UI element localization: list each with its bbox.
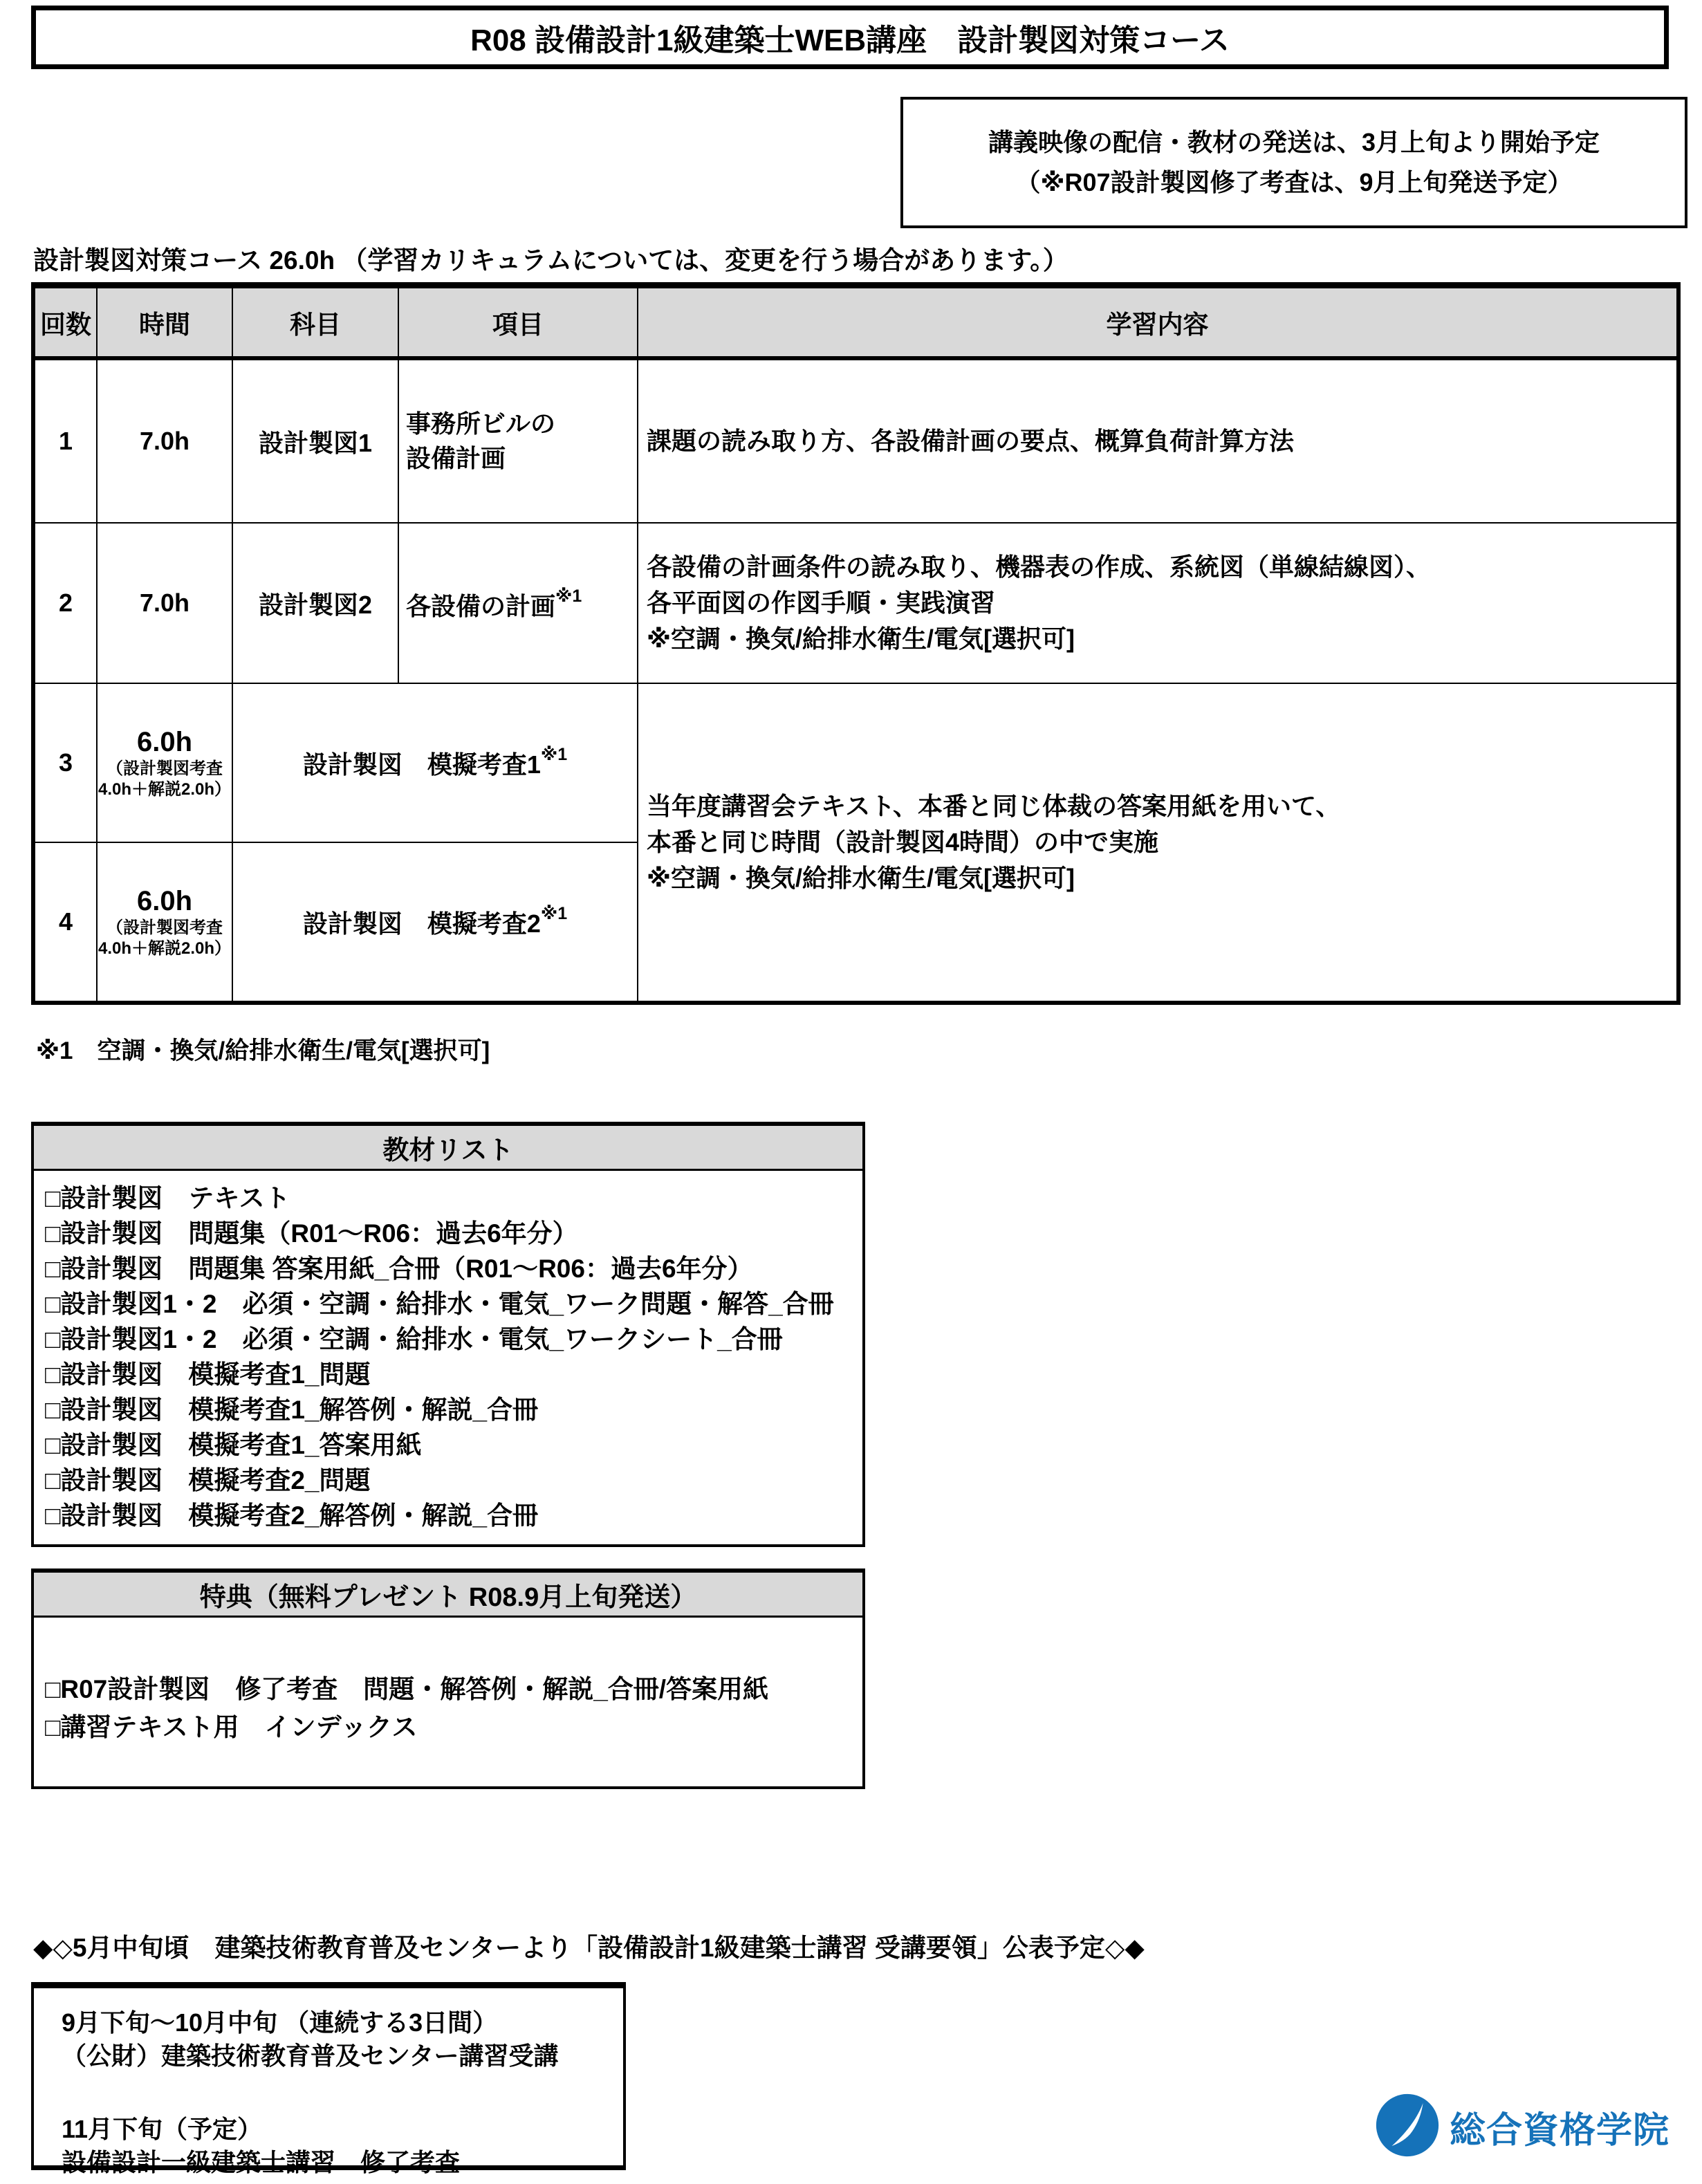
materials-list-header: 教材リスト — [34, 1126, 862, 1171]
school-logo: 総合資格学院 — [1375, 2093, 1669, 2161]
exam-line-1: 9月下旬～10月中旬 （連続する3日間） — [62, 2006, 623, 2039]
material-item: □設計製図 問題集（R01～R06：過去6年分） — [45, 1216, 851, 1251]
table-row: 2 7.0h 設計製図2 各設備の計画※1 各設備の計画条件の読み取り、機器表の… — [33, 523, 1678, 683]
row4-merged-item: 設計製図 模擬考査2※1 — [232, 842, 638, 1003]
material-item: □設計製図 模擬考査1_答案用紙 — [45, 1427, 851, 1463]
row3-merged-item: 設計製図 模擬考査1※1 — [232, 683, 638, 842]
curriculum-table: 回数 時間 科目 項目 学習内容 1 7.0h 設計製図1 事務所ビルの 設備計… — [31, 282, 1681, 1005]
col-header-time: 時間 — [97, 286, 232, 359]
material-item: □設計製図 模擬考査1_解答例・解説_合冊 — [45, 1392, 851, 1427]
merged-content-line1: 当年度講習会テキスト、本番と同じ体裁の答案用紙を用いて、 — [647, 788, 1676, 824]
table-header-row: 回数 時間 科目 項目 学習内容 — [33, 286, 1678, 359]
school-logo-icon — [1375, 2093, 1440, 2161]
exam-gap — [62, 2073, 623, 2113]
row2-item-text: 各設備の計画 — [406, 592, 555, 620]
material-item: □設計製図1・2 必須・空調・給排水・電気_ワーク問題・解答_合冊 — [45, 1286, 851, 1322]
row4-time: 6.0h （設計製図考査 4.0h＋解説2.0h） — [97, 842, 232, 1003]
row3-item-footnote-mark: ※1 — [541, 745, 567, 764]
col-header-count: 回数 — [33, 286, 97, 359]
material-item: □設計製図 模擬考査1_問題 — [45, 1357, 851, 1392]
col-header-item: 項目 — [398, 286, 638, 359]
row1-item-line2: 設備計画 — [406, 441, 636, 476]
notice-line-1: 講義映像の配信・教材の発送は、3月上旬より開始予定 — [988, 122, 1600, 163]
merged-content-line3: ※空調・換気/給排水衛生/電気[選択可] — [647, 860, 1676, 896]
row3-item-text: 設計製図 模擬考査1 — [303, 750, 541, 779]
exam-line-3: 11月下旬（予定） — [62, 2113, 623, 2146]
row2-content-line2: 各平面図の作図手順・実践演習 — [647, 585, 1676, 621]
bonus-item: □R07設計製図 修了考査 問題・解答例・解説_合冊/答案用紙 — [45, 1670, 851, 1708]
row4-item-text: 設計製図 模擬考査2 — [303, 909, 541, 938]
table-row: 3 6.0h （設計製図考査 4.0h＋解説2.0h） 設計製図 模擬考査1※1… — [33, 683, 1678, 842]
exam-line-4: 設備設計一級建築士講習 修了考査 — [62, 2146, 623, 2179]
row4-time-sub2: 4.0h＋解説2.0h） — [98, 938, 231, 959]
row2-content-line3: ※空調・換気/給排水衛生/電気[選択可] — [647, 621, 1676, 657]
bonus-item: □講習テキスト用 インデックス — [45, 1708, 851, 1746]
row3-time-sub2: 4.0h＋解説2.0h） — [98, 779, 231, 800]
exam-schedule-box: 9月下旬～10月中旬 （連続する3日間） （公財）建築技術教育普及センター講習受… — [31, 1982, 626, 2170]
document-page: R08 設備設計1級建築士WEB講座 設計製図対策コース 講義映像の配信・教材の… — [0, 0, 1702, 2184]
announcement-line: ◆◇5月中旬頃 建築技術教育普及センターより「設備設計1級建築士講習 受講要領」… — [33, 1927, 1145, 1964]
row1-content: 課題の読み取り方、各設備計画の要点、概算負荷計算方法 — [638, 358, 1678, 523]
row1-content-line1: 課題の読み取り方、各設備計画の要点、概算負荷計算方法 — [647, 423, 1676, 459]
row2-content-line1: 各設備の計画条件の読み取り、機器表の作成、系統図（単線結線図）、 — [647, 549, 1676, 585]
row4-time-main: 6.0h — [98, 885, 231, 918]
row4-item-footnote-mark: ※1 — [541, 904, 567, 923]
row1-time: 7.0h — [97, 358, 232, 523]
materials-list-body: □設計製図 テキスト □設計製図 問題集（R01～R06：過去6年分） □設計製… — [34, 1171, 862, 1544]
page-title: R08 設備設計1級建築士WEB講座 設計製図対策コース — [470, 15, 1230, 59]
row2-time: 7.0h — [97, 523, 232, 683]
bonus-body: □R07設計製図 修了考査 問題・解答例・解説_合冊/答案用紙 □講習テキスト用… — [34, 1618, 862, 1786]
material-item: □設計製図1・2 必須・空調・給排水・電気_ワークシート_合冊 — [45, 1322, 851, 1357]
merged-content-line2: 本番と同じ時間（設計製図4時間）の中で実施 — [647, 824, 1676, 860]
row1-subject: 設計製図1 — [232, 358, 398, 523]
table-row: 1 7.0h 設計製図1 事務所ビルの 設備計画 課題の読み取り方、各設備計画の… — [33, 358, 1678, 523]
row1-count: 1 — [33, 358, 97, 523]
row1-item-line1: 事務所ビルの — [406, 407, 636, 441]
table-footnote: ※1 空調・換気/給排水衛生/電気[選択可] — [36, 1032, 490, 1066]
material-item: □設計製図 問題集 答案用紙_合冊（R01～R06：過去6年分） — [45, 1251, 851, 1286]
school-logo-text: 総合資格学院 — [1450, 2101, 1669, 2153]
row4-count: 4 — [33, 842, 97, 1003]
row2-count: 2 — [33, 523, 97, 683]
materials-list-title: 教材リスト — [382, 1129, 513, 1167]
row2-content: 各設備の計画条件の読み取り、機器表の作成、系統図（単線結線図）、 各平面図の作図… — [638, 523, 1678, 683]
notice-line-2: （※R07設計製図修了考査は、9月上旬発送予定） — [1015, 163, 1572, 203]
page-title-box: R08 設備設計1級建築士WEB講座 設計製図対策コース — [31, 6, 1669, 69]
row3-count: 3 — [33, 683, 97, 842]
rows34-merged-content: 当年度講習会テキスト、本番と同じ体裁の答案用紙を用いて、 本番と同じ時間（設計製… — [638, 683, 1678, 1003]
row2-item: 各設備の計画※1 — [398, 523, 638, 683]
row3-time-main: 6.0h — [98, 725, 231, 759]
row1-item: 事務所ビルの 設備計画 — [398, 358, 638, 523]
row3-time-sub1: （設計製図考査 — [98, 759, 231, 779]
bonus-title: 特典（無料プレゼント R08.9月上旬発送） — [200, 1575, 696, 1613]
col-header-content: 学習内容 — [638, 286, 1678, 359]
shipping-notice-box: 講義映像の配信・教材の発送は、3月上旬より開始予定 （※R07設計製図修了考査は… — [900, 97, 1687, 228]
material-item: □設計製図 模擬考査2_問題 — [45, 1463, 851, 1498]
row2-item-footnote-mark: ※1 — [555, 586, 582, 606]
exam-line-2: （公財）建築技術教育普及センター講習受講 — [62, 2039, 623, 2073]
bonus-box: 特典（無料プレゼント R08.9月上旬発送） □R07設計製図 修了考査 問題・… — [31, 1568, 865, 1789]
course-summary: 設計製図対策コース 26.0h （学習カリキュラムについては、変更を行う場合があ… — [33, 239, 1069, 277]
material-item: □設計製図 テキスト — [45, 1181, 851, 1216]
material-item: □設計製図 模擬考査2_解答例・解説_合冊 — [45, 1498, 851, 1533]
col-header-subject: 科目 — [232, 286, 398, 359]
row3-time: 6.0h （設計製図考査 4.0h＋解説2.0h） — [97, 683, 232, 842]
materials-list-box: 教材リスト □設計製図 テキスト □設計製図 問題集（R01～R06：過去6年分… — [31, 1122, 865, 1547]
row4-time-sub1: （設計製図考査 — [98, 918, 231, 938]
row2-subject: 設計製図2 — [232, 523, 398, 683]
bonus-header: 特典（無料プレゼント R08.9月上旬発送） — [34, 1573, 862, 1618]
